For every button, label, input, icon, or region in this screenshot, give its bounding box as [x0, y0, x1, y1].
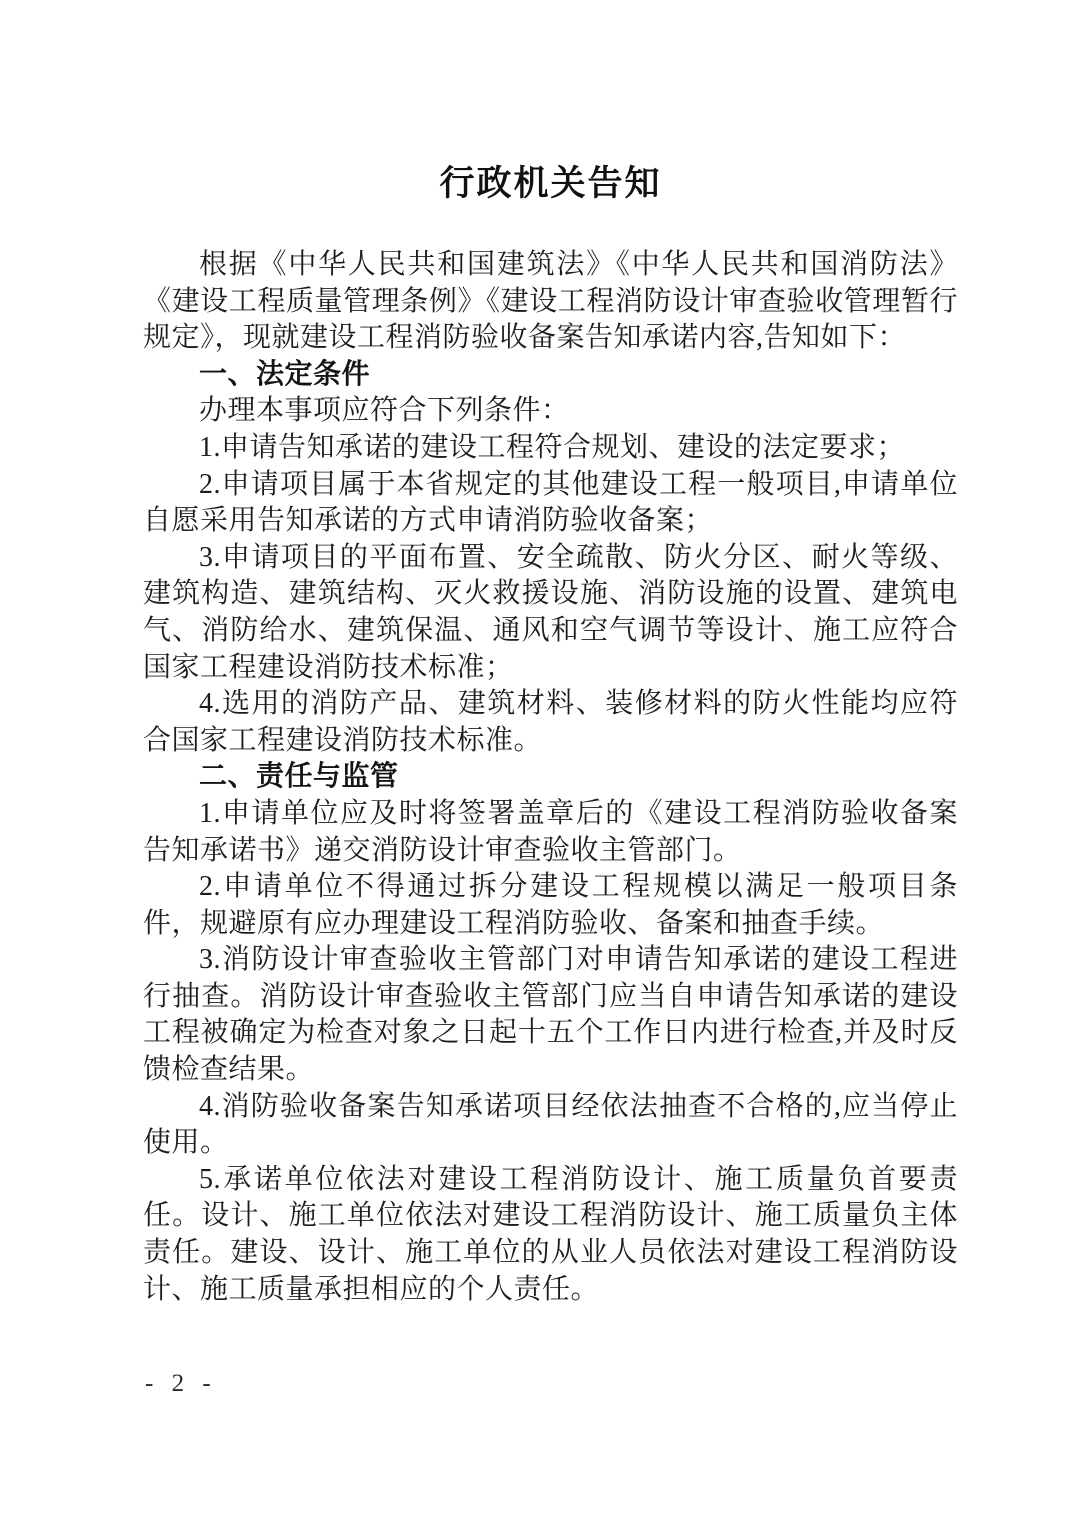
responsibility-item-5: 5.承诺单位依法对建设工程消防设计、施工质量负首要责任。设计、施工单位依法对建设… — [143, 1162, 958, 1308]
condition-item-1: 1.申请告知承诺的建设工程符合规划、建设的法定要求； — [143, 430, 958, 467]
responsibility-item-2: 2.申请单位不得通过拆分建设工程规模以满足一般项目条件，规避原有应办理建设工程消… — [143, 869, 958, 942]
intro-paragraph: 根据《中华人民共和国建筑法》《中华人民共和国消防法》《建设工程质量管理条例》《建… — [143, 247, 958, 357]
section-heading-legal-conditions: 一、法定条件 — [143, 357, 958, 394]
condition-item-4: 4.选用的消防产品、建筑材料、装修材料的防火性能均应符合国家工程建设消防技术标准… — [143, 686, 958, 759]
page-number: - 2 - — [145, 1370, 217, 1398]
condition-item-3: 3.申请项目的平面布置、安全疏散、防火分区、耐火等级、建筑构造、建筑结构、灭火救… — [143, 540, 958, 686]
document-page: 行政机关告知 根据《中华人民共和国建筑法》《中华人民共和国消防法》《建设工程质量… — [0, 0, 1080, 1527]
document-title: 行政机关告知 — [143, 156, 958, 206]
document-body: 根据《中华人民共和国建筑法》《中华人民共和国消防法》《建设工程质量管理条例》《建… — [143, 247, 958, 1308]
responsibility-item-3: 3.消防设计审查验收主管部门对申请告知承诺的建设工程进行抽查。消防设计审查验收主… — [143, 942, 958, 1088]
conditions-lead-paragraph: 办理本事项应符合下列条件： — [143, 393, 958, 430]
responsibility-item-4: 4.消防验收备案告知承诺项目经依法抽查不合格的,应当停止使用。 — [143, 1089, 958, 1162]
responsibility-item-1: 1.申请单位应及时将签署盖章后的《建设工程消防验收备案告知承诺书》递交消防设计审… — [143, 796, 958, 869]
condition-item-2: 2.申请项目属于本省规定的其他建设工程一般项目,申请单位自愿采用告知承诺的方式申… — [143, 467, 958, 540]
section-heading-responsibility-supervision: 二、责任与监管 — [143, 759, 958, 796]
